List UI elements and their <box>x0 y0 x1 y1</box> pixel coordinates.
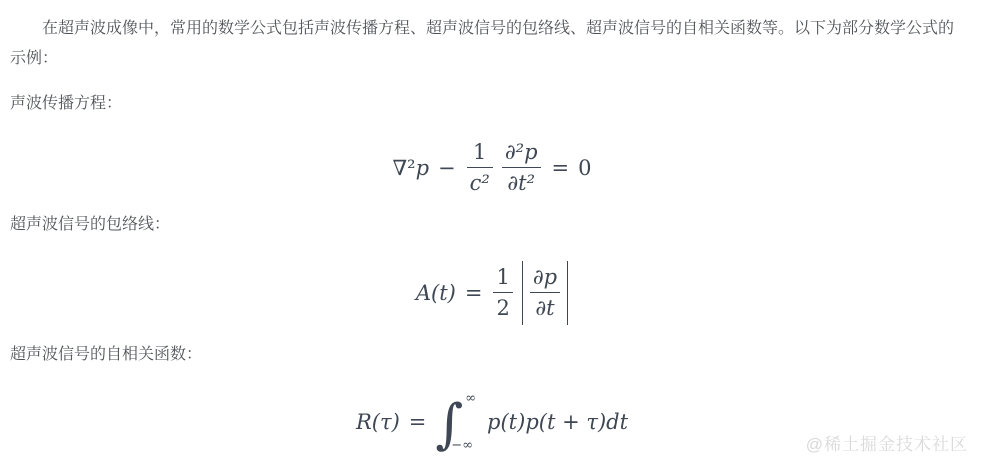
juejin-watermark: @稀土掘金技术社区 <box>806 430 968 455</box>
section-label-wave-equation: 声波传播方程： <box>10 92 974 116</box>
integral-with-limits: ∫ ∞ −∞ <box>435 391 483 453</box>
envelope-lhs: A(t) <box>416 281 456 305</box>
fraction-denominator: ∂t <box>530 292 560 320</box>
fraction-d2p-dt2: ∂²p ∂t² <box>502 140 541 195</box>
fraction-one-half: 1 2 <box>493 265 512 320</box>
equals-sign: = <box>552 156 570 180</box>
integrand: p(t)p(t + τ)dt <box>487 410 628 434</box>
formula-envelope: A(t) = 1 2 ∂p ∂t <box>10 261 974 324</box>
fraction-numerator: 1 <box>493 265 512 292</box>
nabla-squared-symbol: ∇² <box>392 156 415 180</box>
integral-upper-limit: ∞ <box>465 391 487 406</box>
fraction-one-over-c-squared: 1 c² <box>467 140 493 195</box>
formula-wave-equation: ∇²p − 1 c² ∂²p ∂t² = 0 <box>10 140 974 195</box>
absolute-value-bars: ∂p ∂t <box>522 261 568 324</box>
fraction-numerator: ∂p <box>530 265 560 292</box>
minus-operator: − <box>438 156 456 180</box>
zero-value: 0 <box>578 156 591 180</box>
wave-equation-math: ∇²p − 1 c² ∂²p ∂t² = 0 <box>392 140 591 195</box>
integral-limits: ∞ −∞ <box>461 391 483 453</box>
fraction-denominator: c² <box>467 167 493 195</box>
autocorr-lhs: R(τ) <box>356 410 400 434</box>
autocorrelation-math: R(τ) = ∫ ∞ −∞ p(t)p(t + τ)dt <box>356 391 628 453</box>
envelope-math: A(t) = 1 2 ∂p ∂t <box>416 261 568 324</box>
section-label-envelope: 超声波信号的包络线： <box>10 213 974 237</box>
fraction-numerator: 1 <box>467 140 493 167</box>
equals-sign: = <box>465 281 483 305</box>
equals-sign: = <box>409 410 427 434</box>
pressure-variable: p <box>416 156 429 180</box>
fraction-dp-dt: ∂p ∂t <box>530 265 560 320</box>
fraction-numerator: ∂²p <box>502 140 541 167</box>
section-label-autocorrelation: 超声波信号的自相关函数： <box>10 343 974 367</box>
article-page: 在超声波成像中，常用的数学公式包括声波传播方程、超声波信号的包络线、超声波信号的… <box>0 0 986 463</box>
fraction-denominator: 2 <box>493 292 512 320</box>
integral-lower-limit: −∞ <box>451 438 473 453</box>
fraction-denominator: ∂t² <box>502 167 541 195</box>
intro-paragraph: 在超声波成像中，常用的数学公式包括声波传播方程、超声波信号的包络线、超声波信号的… <box>10 14 958 74</box>
